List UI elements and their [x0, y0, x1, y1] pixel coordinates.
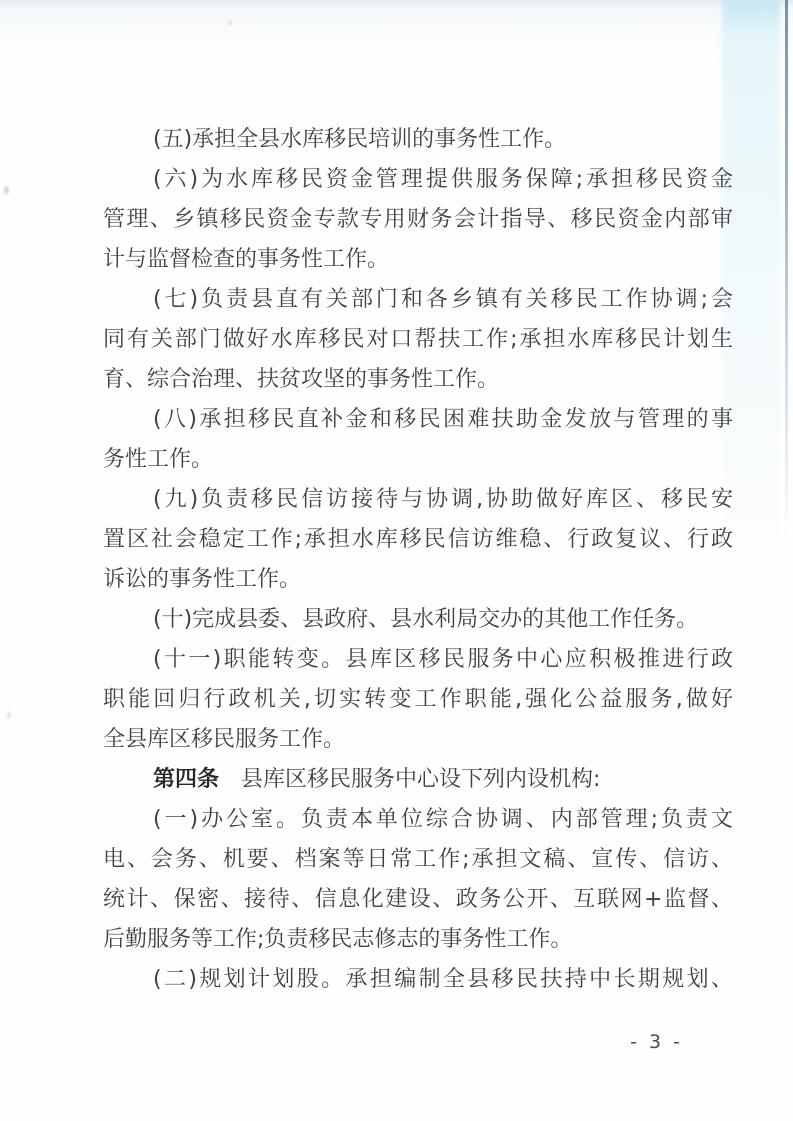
document-line: 后勤服务等工作;负责移民志修志的事务性工作。 — [103, 920, 733, 960]
scan-artifact-speck — [227, 21, 233, 25]
document-body: (五)承担全县水库移民培训的事务性工作。(六)为水库移民资金管理提供服务保障;承… — [103, 120, 733, 1000]
document-line: (七)负责县直有关部门和各乡镇有关移民工作协调;会 — [103, 280, 733, 320]
article-heading-text: 县库区移民服务中心设下列内设机构: — [219, 767, 600, 792]
scan-artifact-top-tint — [0, 0, 793, 70]
document-line: 全县库区移民服务工作。 — [103, 720, 733, 760]
page-number: - 3 - — [0, 1028, 683, 1056]
document-line: (十一)职能转变。县库区移民服务中心应积极推进行政 — [103, 640, 733, 680]
document-line: 同有关部门做好水库移民对口帮扶工作;承担水库移民计划生 — [103, 320, 733, 360]
document-line: 计与监督检查的事务性工作。 — [103, 240, 733, 280]
scan-artifact-speck — [7, 712, 11, 718]
document-line-article-heading: 第四条 县库区移民服务中心设下列内设机构: — [103, 760, 733, 800]
document-line: (八)承担移民直补金和移民困难扶助金发放与管理的事 — [103, 400, 733, 440]
document-line: (一)办公室。负责本单位综合协调、内部管理;负责文 — [103, 800, 733, 840]
document-line: 电、会务、机要、档案等日常工作;承担文稿、宣传、信访、 — [103, 840, 733, 880]
document-line: (十)完成县委、县政府、县水利局交办的其他工作任务。 — [103, 600, 733, 640]
document-line: (六)为水库移民资金管理提供服务保障;承担移民资金 — [103, 160, 733, 200]
document-line: (二)规划计划股。承担编制全县移民扶持中长期规划、 — [103, 960, 733, 1000]
document-line: 诉讼的事务性工作。 — [103, 560, 733, 600]
document-line: 统计、保密、接待、信息化建设、政务公开、互联网+监督、 — [103, 880, 733, 920]
scan-artifact-speck — [4, 186, 9, 194]
document-line: 管理、乡镇移民资金专款专用财务会计指导、移民资金内部审 — [103, 200, 733, 240]
scanned-document-page: (五)承担全县水库移民培训的事务性工作。(六)为水库移民资金管理提供服务保障;承… — [0, 0, 793, 1121]
document-line: 置区社会稳定工作;承担水库移民信访维稳、行政复议、行政 — [103, 520, 733, 560]
scan-artifact-right-edge-line — [785, 0, 788, 540]
document-line: 务性工作。 — [103, 440, 733, 480]
document-line: (五)承担全县水库移民培训的事务性工作。 — [103, 120, 733, 160]
article-number: 第四条 — [153, 767, 219, 792]
document-line: 职能回归行政机关,切实转变工作职能,强化公益服务,做好 — [103, 680, 733, 720]
document-line: 育、综合治理、扶贫攻坚的事务性工作。 — [103, 360, 733, 400]
document-line: (九)负责移民信访接待与协调,协助做好库区、移民安 — [103, 480, 733, 520]
